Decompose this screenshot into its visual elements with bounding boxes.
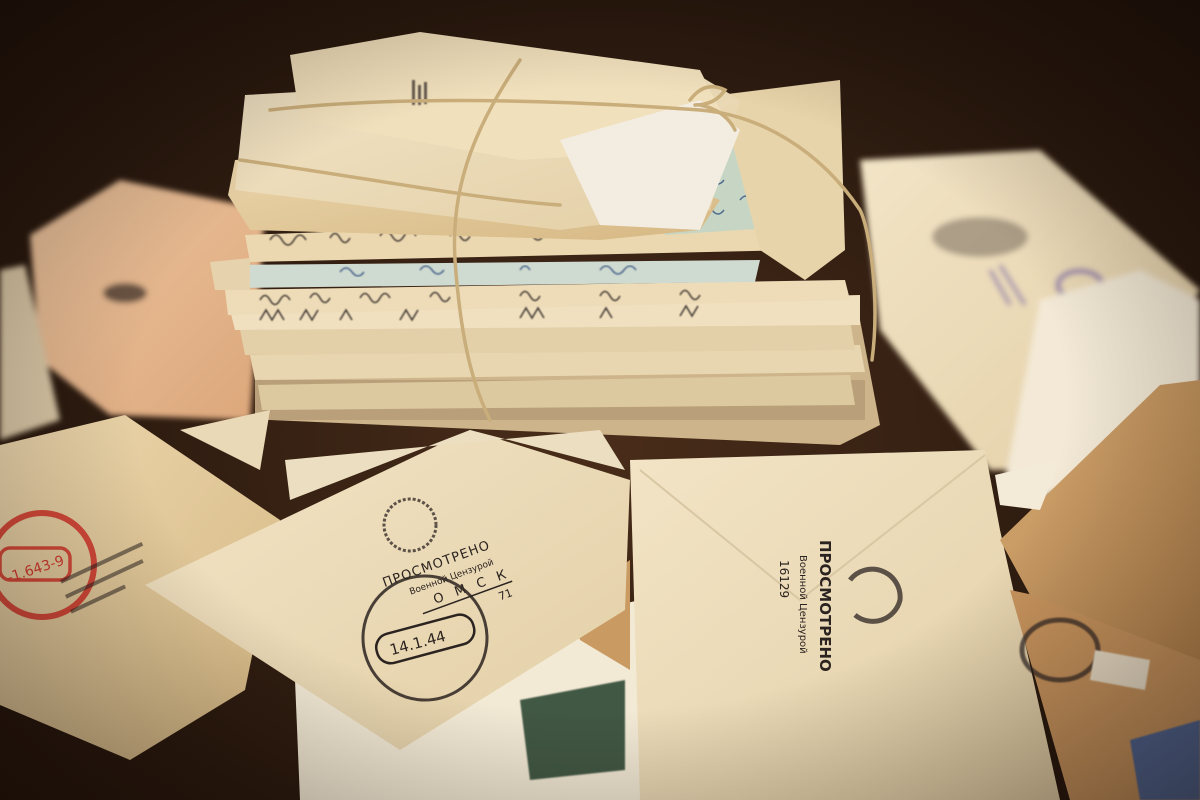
right-censor-number: 16129 [777,560,791,598]
envelope-right-center: ПРОСМОТРЕНО Военной Цензурой 16129 [630,450,1060,800]
right-censor-line-2: Военной Цензурой [797,555,808,654]
letter-stack [210,32,880,445]
letters-illustration: -1.643-9 ПРОСМОТРЕНО Военной Цензурой О … [0,0,1200,800]
right-censor-line-1: ПРОСМОТРЕНО [816,540,834,672]
letters-photo: -1.643-9 ПРОСМОТРЕНО Военной Цензурой О … [0,0,1200,800]
